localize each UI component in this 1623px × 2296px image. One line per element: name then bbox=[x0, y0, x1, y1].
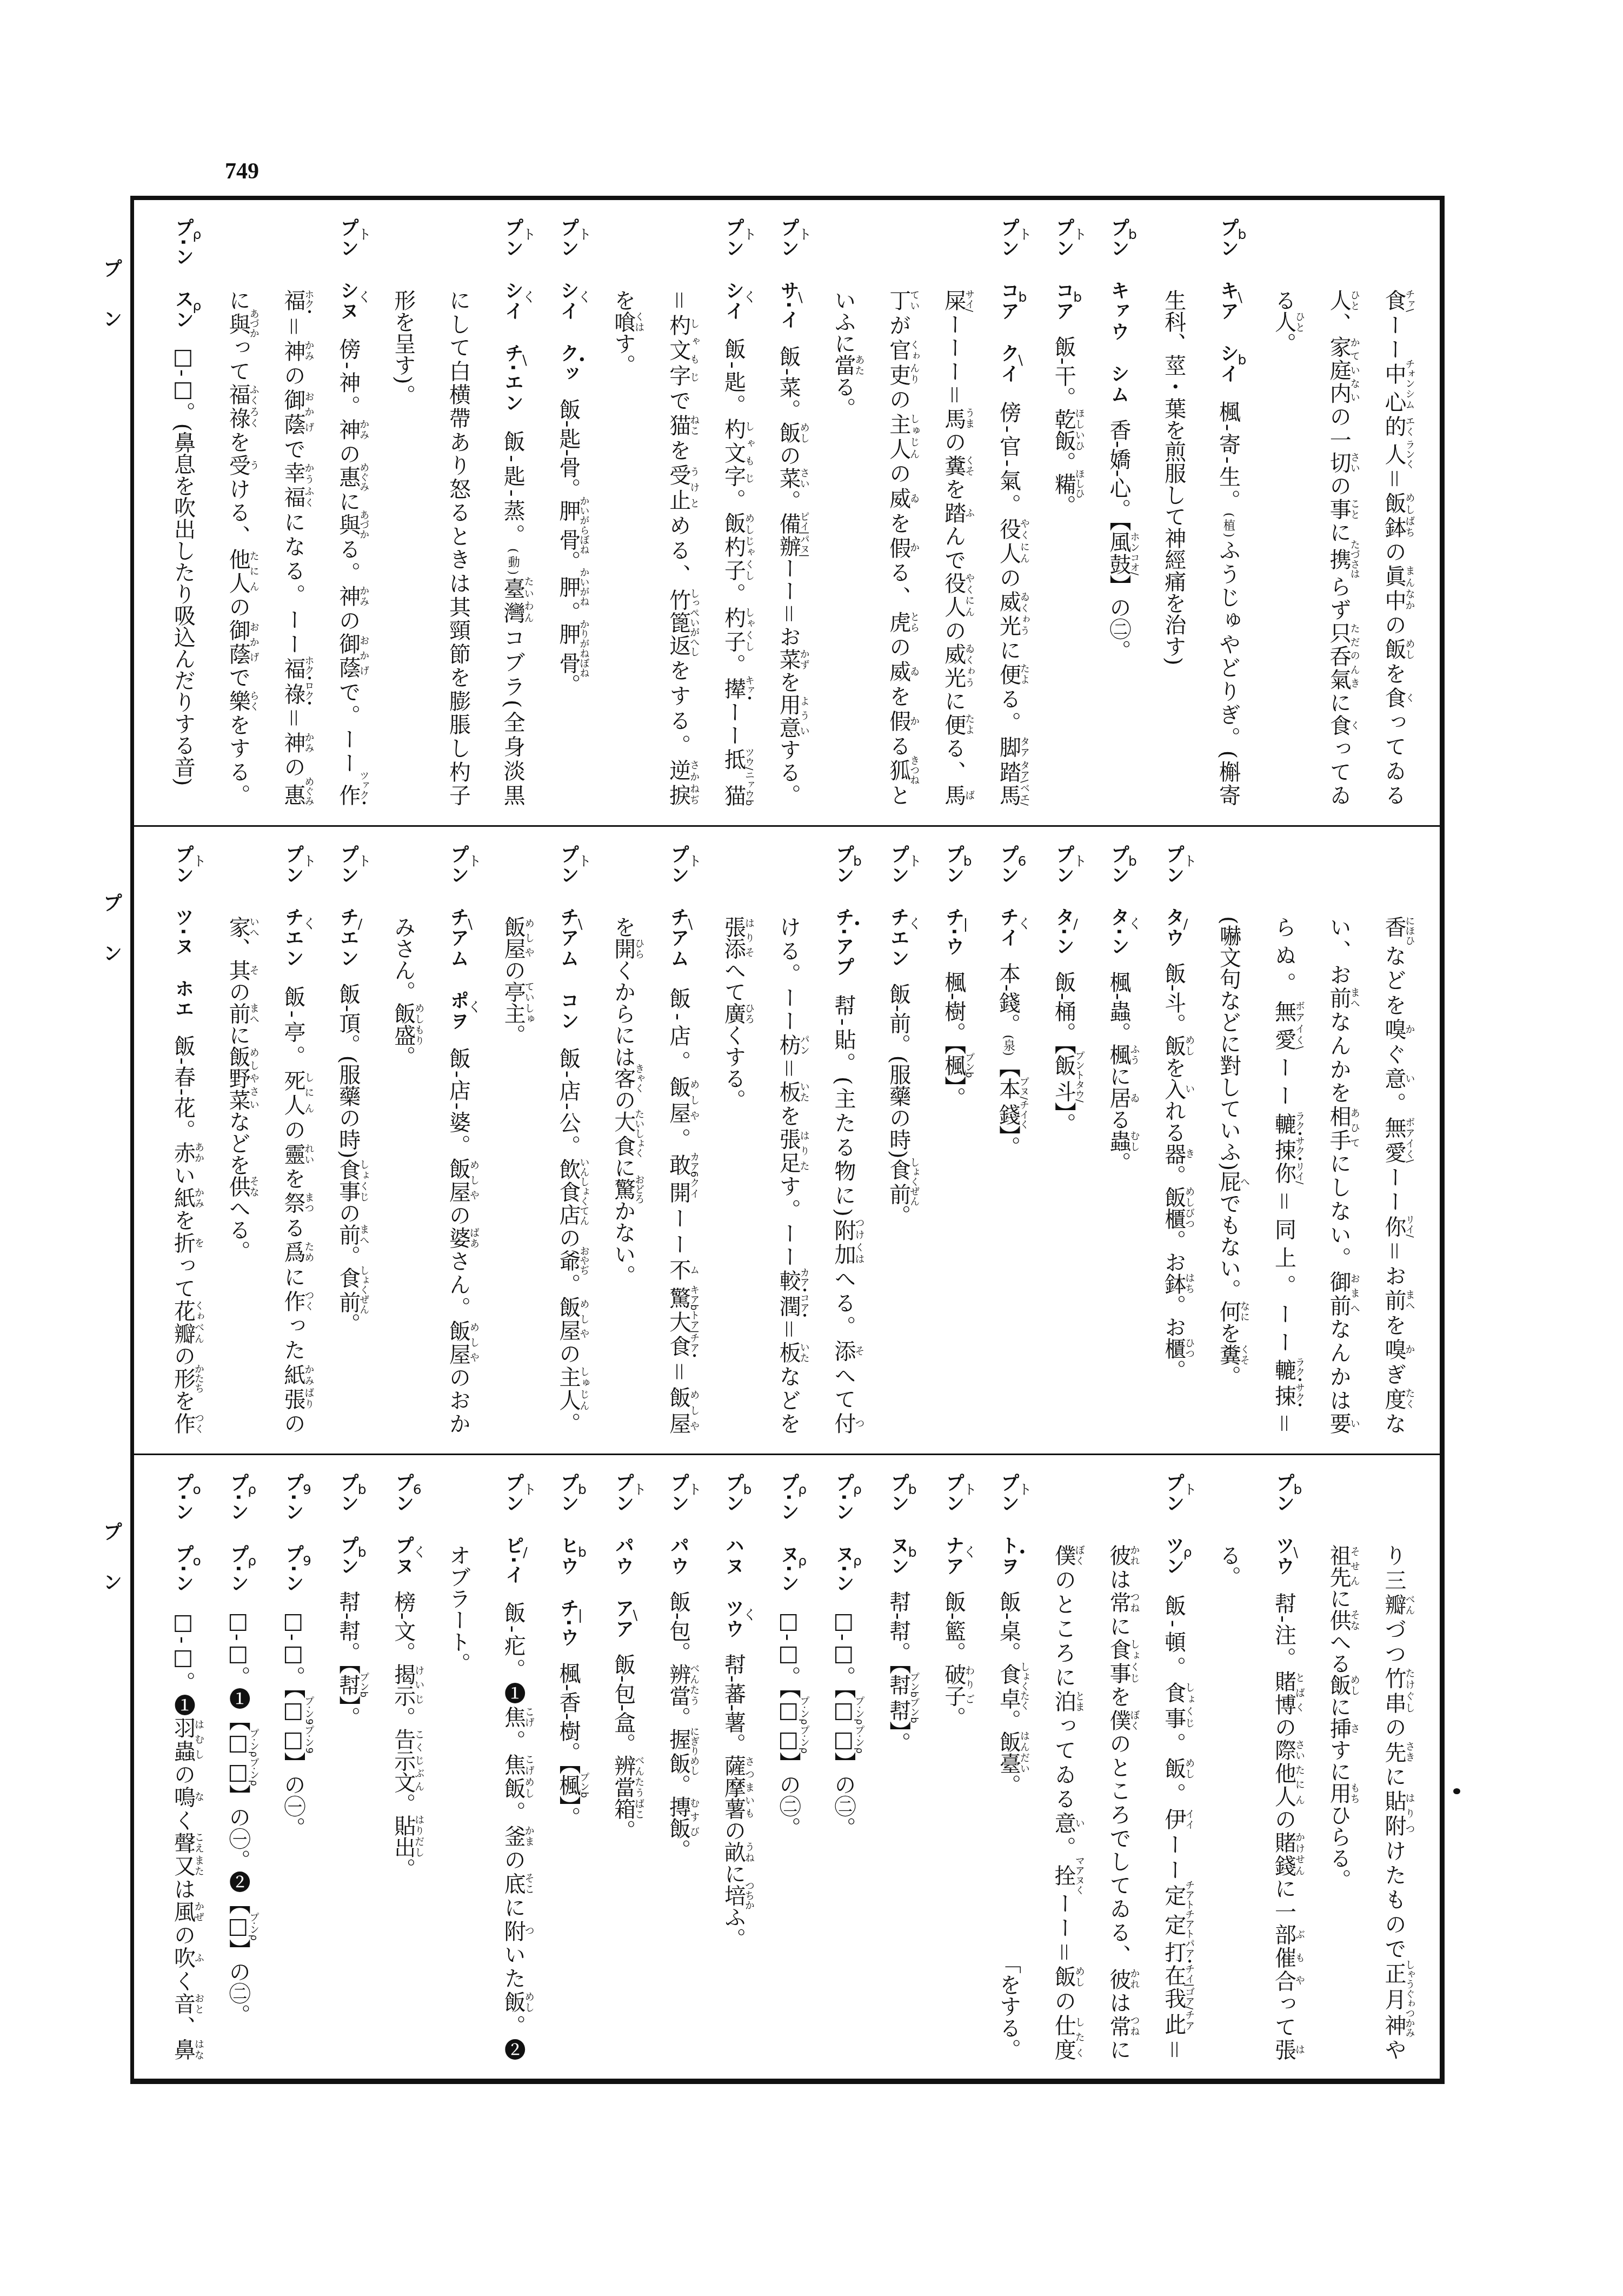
ruby-reading: ベエ/ bbox=[1019, 783, 1030, 806]
definition-text: 香-嬌-心。【風ホン鼓コオ/】の㊁。 bbox=[1106, 419, 1131, 661]
text-run: ーーー＝ bbox=[941, 311, 966, 408]
ruby-word: 破子わりご bbox=[941, 1663, 966, 1707]
definition-text: □-□。【□プ·ン9□プ·ン9】の㊀。 bbox=[281, 1609, 305, 1839]
ruby-base: 我 bbox=[1161, 1987, 1186, 2009]
text-run: (嚇文句などに對していふ) bbox=[1216, 916, 1241, 1171]
reading-kana: プン bbox=[337, 1473, 359, 1514]
text-run: を bbox=[611, 916, 636, 938]
ruby-reading: ニァウb bbox=[743, 771, 755, 806]
ruby-word: 張添はりそ bbox=[721, 916, 746, 959]
headword-reading: ツ·ヌ bbox=[173, 907, 192, 957]
text-run: 】の㊁。 bbox=[1106, 575, 1131, 661]
ruby-reading: ゐ bbox=[1129, 1087, 1140, 1109]
ruby-reading: か bbox=[1404, 1018, 1415, 1040]
ruby-base: 惠 bbox=[281, 777, 305, 806]
ruby-reading: めしや bbox=[688, 1076, 700, 1124]
ruby-word: 斗タウ/ bbox=[1051, 1080, 1076, 1102]
ruby-word: 楓ふう bbox=[1106, 1044, 1131, 1065]
reading-kana: サ·イ bbox=[777, 281, 799, 330]
text-run: 。 bbox=[391, 1046, 416, 1067]
text-run: □-□。❶【 bbox=[225, 1609, 250, 1731]
ruby-reading: しゃもじ bbox=[743, 418, 755, 487]
ruby-reading: ひつ bbox=[1183, 1338, 1195, 1359]
text-run: の bbox=[611, 1089, 636, 1111]
ruby-reading: けいじ bbox=[413, 1663, 424, 1707]
ruby-base: 板 bbox=[776, 1081, 801, 1105]
ruby-word: 喰くは bbox=[611, 311, 636, 333]
text-run: る。 bbox=[336, 535, 361, 585]
ruby-word: 大トア| bbox=[666, 1310, 691, 1333]
ruby-reading: き bbox=[1183, 1143, 1195, 1165]
text-run: をする。 bbox=[666, 656, 691, 759]
headword-reading: コアb bbox=[1054, 281, 1073, 322]
ruby-reading: まつ bbox=[303, 1192, 315, 1213]
headword-reading: プ·ン9 bbox=[283, 1544, 302, 1594]
tone-mark-icon: ρ bbox=[248, 1483, 256, 1496]
ruby-reading: い bbox=[1183, 1078, 1195, 1100]
text-run: の bbox=[445, 1204, 470, 1227]
ruby-base: 枋 bbox=[776, 1034, 801, 1058]
entry-line: プントチアム\コン飯-店-公。飲食店いんしょくてんの爺おやぢ。飯屋めしやの主人し… bbox=[540, 827, 595, 1454]
ruby-base: 大食 bbox=[611, 1110, 636, 1158]
headword-reading: プント bbox=[1164, 845, 1183, 886]
headword-reading: パウ bbox=[669, 1536, 688, 1577]
ruby-reading: ねこ bbox=[688, 414, 700, 436]
ruby-reading: めしびつ bbox=[1183, 1186, 1195, 1230]
text-run: 飯-菜。 bbox=[776, 344, 801, 422]
ruby-reading: あひて bbox=[1349, 1105, 1360, 1151]
ruby-base: 挿 bbox=[1326, 1717, 1351, 1739]
ruby-word: 飯鉢めしばち bbox=[1381, 492, 1406, 541]
ruby-reading: たく bbox=[1404, 1388, 1415, 1410]
reading-kana: ピ·イ bbox=[502, 1536, 524, 1585]
text-run: って bbox=[225, 335, 250, 384]
text-run: 。 bbox=[886, 1205, 911, 1226]
ruby-base: 風 bbox=[170, 1901, 195, 1924]
tone-mark-icon: ρ bbox=[798, 1554, 807, 1568]
continuation-line: 飯屋めしやの亭主ていしゅ。 bbox=[485, 827, 540, 1454]
ruby-word: 屎サイ/ bbox=[941, 289, 966, 311]
ruby-base: 作 bbox=[170, 1412, 195, 1434]
ruby-word: 楓プンb bbox=[941, 1054, 966, 1076]
ruby-word: 食く bbox=[1326, 714, 1351, 738]
definition-text: 祖先そせんに供そなへる飯めしに挿さすに用もちひらる。 bbox=[1326, 1544, 1351, 1890]
ruby-base: 彼 bbox=[1106, 1544, 1131, 1568]
ruby-base: 杓文字 bbox=[721, 418, 746, 489]
ruby-base: 底 bbox=[501, 1873, 526, 1896]
ruby-base: 瓣 bbox=[1381, 1594, 1406, 1618]
ruby-base: 神 bbox=[281, 340, 305, 364]
ruby-reading: い bbox=[1074, 1812, 1085, 1834]
ruby-reading: ラク• bbox=[1294, 1111, 1305, 1137]
ruby-base: 鉢 bbox=[1161, 1273, 1186, 1295]
text-run: を bbox=[1106, 1685, 1131, 1709]
text-run: 。 bbox=[501, 1801, 526, 1825]
ruby-word: 前まへ bbox=[1381, 1289, 1406, 1314]
margin-index-label: プン bbox=[101, 1522, 121, 1622]
ruby-base: 握飯 bbox=[666, 1727, 691, 1775]
text-run: 。 bbox=[666, 1774, 691, 1796]
ruby-reading: こえ bbox=[193, 1832, 204, 1854]
text-run: ＝ bbox=[281, 704, 305, 731]
ruby-reading: そな bbox=[248, 1176, 260, 1197]
ruby-word: 打パア• bbox=[1161, 1939, 1186, 1965]
definition-text: を喰くはす。 bbox=[611, 289, 636, 376]
definition-text: ＝杓文字しゃもじで猫ねこを受止うけとめる、竹篦返しっぺいがへしをする。逆捩さかね… bbox=[666, 289, 691, 806]
ruby-word: 居ゐ bbox=[1106, 1087, 1131, 1109]
ruby-word: 花瓣くゎべん bbox=[170, 1300, 195, 1345]
ruby-reading: やくにん bbox=[1019, 518, 1030, 564]
text-run: 。お bbox=[1161, 1230, 1186, 1273]
ruby-word: 薩摩薯さつまいも bbox=[721, 1755, 746, 1820]
headword-reading: ポヲく bbox=[448, 991, 467, 1032]
headword-reading: プント bbox=[503, 218, 522, 259]
ruby-reading: たにん bbox=[1294, 1762, 1305, 1807]
ruby-reading: はな bbox=[193, 2039, 204, 2060]
headword-reading: プンb bbox=[944, 845, 963, 886]
ruby-base: 食 bbox=[1381, 289, 1406, 312]
definition-text: 飯-包-盒。辨當箱べんたうばこ。 bbox=[611, 1654, 636, 1841]
headword-reading: パウ bbox=[614, 1536, 633, 1577]
tone-mark-icon: b bbox=[963, 854, 972, 868]
ruby-reading: また bbox=[193, 1855, 204, 1876]
ruby-reading: しょくじ bbox=[1129, 1638, 1140, 1684]
ruby-base: 捒 bbox=[1271, 1137, 1296, 1162]
ruby-word: 前まへ bbox=[336, 1224, 361, 1245]
ruby-word: 馬うま bbox=[941, 408, 966, 432]
ruby-reading: イイ bbox=[1183, 1808, 1195, 1830]
text-run: を bbox=[611, 289, 636, 311]
ruby-word: 御蔭おかげ bbox=[336, 633, 361, 680]
ruby-base: 打 bbox=[1161, 1939, 1186, 1965]
ruby-reading: う bbox=[248, 454, 260, 476]
ruby-word: 飯めし bbox=[501, 1991, 526, 2015]
ruby-word: □プ·ンρ bbox=[225, 1914, 250, 1939]
ruby-reading: ひら bbox=[633, 938, 644, 959]
reading-kana: プン bbox=[722, 218, 744, 259]
ruby-base: 無愛 bbox=[1381, 1117, 1406, 1166]
ruby-reading: くゎべん bbox=[193, 1300, 204, 1344]
text-run: 。 bbox=[611, 1820, 636, 1841]
ruby-word: 本プヌ/ bbox=[995, 1078, 1020, 1100]
text-run: をする。 bbox=[225, 713, 250, 806]
ruby-reading: エく bbox=[1404, 415, 1415, 437]
ruby-base: 附加 bbox=[831, 1217, 856, 1268]
tone-mark-icon: \ bbox=[688, 917, 693, 931]
ruby-word: 御蔭おかげ bbox=[225, 619, 250, 666]
reading-kana: チイ bbox=[997, 907, 1019, 948]
ruby-reading: とばく bbox=[1294, 1670, 1305, 1715]
text-run: 。 bbox=[1161, 1783, 1186, 1808]
ruby-word: 携たづさは bbox=[1326, 545, 1351, 574]
ruby-base: 便 bbox=[996, 663, 1021, 688]
ruby-word: 杓文字しゃもじ bbox=[666, 314, 691, 389]
ruby-reading: れい bbox=[303, 1143, 315, 1165]
reading-kana: シヌ bbox=[337, 281, 359, 322]
headword-reading: プンb bbox=[1109, 845, 1128, 886]
margin-dot-icon bbox=[1453, 1788, 1460, 1794]
ruby-base: 飯 bbox=[1051, 1966, 1076, 1990]
text-run: に bbox=[1326, 691, 1351, 714]
text-run: の bbox=[1051, 1990, 1076, 2014]
ruby-word: 無愛ボアイく\ bbox=[1381, 1117, 1406, 1166]
ruby-reading: かいがね bbox=[578, 567, 590, 606]
continuation-line: 食チァ\ーー中チォン心シム的エく人ランく＝飯鉢めしばちの眞中まんなかの飯めしを食… bbox=[1366, 201, 1421, 825]
continuation-line: いふに當あたる。 bbox=[815, 201, 870, 825]
reading-kana: プン bbox=[777, 218, 799, 259]
entry-line: プンbキァウシム香-嬌-心。【風ホン鼓コオ/】の㊁。 bbox=[1090, 201, 1146, 825]
ruby-reading: カア• bbox=[799, 1268, 810, 1293]
ruby-reading: もや bbox=[1294, 1947, 1305, 1992]
ruby-reading: タア\ bbox=[1019, 760, 1030, 783]
headword-reading: ヒウb bbox=[558, 1536, 577, 1577]
text-run: を bbox=[1381, 662, 1406, 687]
ruby-reading: ゐ bbox=[908, 660, 920, 682]
entry-line: プントパウ飯-包。辨當べんたう。握飯にぎりめし。摶飯むすび。 bbox=[650, 1456, 706, 2080]
ruby-reading: めぐみ bbox=[303, 777, 315, 806]
headword-reading: チエンく bbox=[889, 907, 908, 969]
ruby-word: 屁へ bbox=[1216, 1171, 1241, 1192]
ruby-word: 惠めぐみ bbox=[336, 466, 361, 488]
reading-kana: プン bbox=[557, 845, 579, 886]
reading-kana: プン bbox=[1108, 218, 1129, 259]
ruby-reading: つね bbox=[1129, 1591, 1140, 1613]
ruby-word: 受う bbox=[225, 454, 250, 478]
ruby-word: 亭主ていしゅ bbox=[501, 981, 526, 1024]
reading-kana: プン bbox=[337, 218, 359, 259]
ruby-word: 飯屋めしや bbox=[501, 916, 526, 959]
ruby-base: 菜 bbox=[776, 648, 801, 671]
ruby-word: □プ·ンρ bbox=[225, 1757, 250, 1784]
ruby-base: 眞中 bbox=[1381, 565, 1406, 614]
ruby-word: 胛骨かいがらぼね bbox=[556, 500, 581, 550]
entry-line: プントチエンく飯-前。(服藥の時)食前しょくぜん。 bbox=[870, 827, 926, 1454]
ruby-word: 畝うね bbox=[721, 1841, 746, 1863]
tone-mark-icon: | bbox=[963, 917, 968, 931]
text-run: ーー＝ bbox=[1051, 1890, 1076, 1966]
ruby-word: 飯杓子めしじゃくし bbox=[721, 512, 746, 583]
text-run: の bbox=[886, 388, 911, 413]
ruby-word: 威ゐ bbox=[886, 660, 911, 685]
ruby-base: 此 bbox=[1161, 2009, 1186, 2039]
ruby-base: 飯臺 bbox=[996, 1731, 1021, 1774]
ruby-word: 飯めし bbox=[1381, 638, 1406, 662]
ruby-base: 飯 bbox=[776, 422, 801, 444]
ruby-word: 常つね bbox=[1106, 1591, 1131, 1615]
ruby-base: 胛骨 bbox=[556, 619, 581, 678]
ruby-word: 便たよ bbox=[996, 663, 1021, 688]
headword-reading: プヌく bbox=[394, 1536, 413, 1577]
ruby-word: 飯めし bbox=[1161, 1035, 1186, 1057]
ruby-reading: そこ bbox=[523, 1873, 535, 1894]
tone-mark-icon: b bbox=[1073, 290, 1082, 304]
ruby-word: 踏タア\ bbox=[996, 760, 1021, 783]
text-run: にして白横帶あり怒るときは其頸節を膨脹し杓子 bbox=[445, 289, 470, 806]
ruby-base: 杓文字 bbox=[666, 314, 691, 389]
ruby-word: 幸福かうふく bbox=[281, 462, 305, 510]
continuation-line: い、お前まへなんかを相手あひてにしない。御前おまへなんかは要い bbox=[1311, 827, 1366, 1454]
ruby-base: 他人 bbox=[225, 548, 250, 595]
ruby-reading: ゐくゎう bbox=[1019, 590, 1030, 636]
reading-kana: プン bbox=[1273, 1473, 1294, 1514]
headword-reading: チ·エン\ bbox=[503, 343, 522, 414]
ruby-base: 驚 bbox=[666, 1285, 691, 1310]
tone-mark-icon: 9 bbox=[303, 1483, 311, 1496]
ruby-word: 幇プンb bbox=[886, 1697, 911, 1721]
tone-mark-icon: ト bbox=[1073, 854, 1087, 868]
ruby-base: 飯屋 bbox=[666, 1076, 691, 1128]
ruby-reading: はりつ bbox=[1404, 1790, 1415, 1836]
reading-kana: プ·ン bbox=[227, 1544, 249, 1594]
text-run: 飯-匙-骨。 bbox=[556, 399, 581, 500]
ruby-reading: ばあ bbox=[468, 1227, 480, 1249]
ruby-reading: おかげ bbox=[303, 389, 315, 435]
page-number: 749 bbox=[225, 160, 259, 183]
ruby-reading: ツァク• bbox=[358, 771, 369, 806]
ruby-reading: めしや bbox=[688, 1386, 700, 1434]
ruby-word: 飯屋めしや bbox=[556, 1296, 581, 1343]
ruby-word: 正月神しゃうぐゎつかみ bbox=[1381, 1962, 1406, 2036]
text-run: 。❷ bbox=[501, 2015, 526, 2060]
ruby-word: 胛骨かりがねぼね bbox=[556, 623, 581, 674]
ruby-base: 紙張 bbox=[281, 1364, 305, 1413]
ruby-word: 培つちか bbox=[721, 1884, 746, 1906]
ruby-word: 握飯にぎりめし bbox=[666, 1728, 691, 1774]
definition-text: 幇-幇。【幇プンb】。 bbox=[336, 1591, 361, 1728]
definition-text: □-□。【□プ·ンρ□プ·ンρ】の㊁。 bbox=[831, 1609, 856, 1839]
definition-text: 屎サイ/ーーー＝馬うまの糞くそを踏ふんで役人やくにんの威光ゐくゎうに便たよる、馬… bbox=[941, 289, 966, 806]
ruby-reading: く bbox=[1349, 714, 1360, 736]
ruby-reading: うね bbox=[743, 1841, 755, 1863]
ruby-word: 作つく bbox=[170, 1412, 195, 1434]
ruby-base: 際 bbox=[1271, 1739, 1296, 1762]
ruby-reading: かけせん bbox=[1294, 1832, 1305, 1876]
entry-line: プンbヒウbチ·ウ|楓-香-樹。【楓プンb】。 bbox=[540, 1456, 595, 2080]
reading-kana: プ·ン bbox=[172, 1473, 194, 1523]
tone-mark-icon: く bbox=[1017, 917, 1031, 931]
ruby-base: 糞 bbox=[941, 455, 966, 479]
ruby-word: 幇プンb bbox=[336, 1674, 361, 1696]
definition-text: を開ひらくからには客きゃくの大食たいしょくに驚おどろかない。 bbox=[611, 916, 636, 1286]
ruby-word: 僕ぼく bbox=[1106, 1709, 1131, 1733]
ruby-base: 飯屋 bbox=[445, 1158, 470, 1204]
text-run: 。 bbox=[666, 1707, 691, 1728]
reading-kana: プン bbox=[997, 218, 1019, 259]
headword-reading: プン6 bbox=[394, 1473, 413, 1514]
text-run: へる。 bbox=[831, 1268, 856, 1340]
tone-mark-icon: • bbox=[853, 917, 861, 931]
text-run: の bbox=[1271, 1808, 1296, 1832]
ruby-reading: プ·ンρ bbox=[248, 1729, 260, 1757]
ruby-base: 意 bbox=[1051, 1812, 1076, 1836]
entry-line: プンbタ·ンく楓-蟲。楓ふうに居ゐる蟲むし。 bbox=[1090, 827, 1146, 1454]
tone-mark-icon: ト bbox=[358, 854, 371, 868]
ruby-base: 張足 bbox=[776, 1128, 801, 1175]
text-run: 幇-幇。【 bbox=[336, 1591, 361, 1674]
definition-text: 飯-亭。死人しにんの靈れいを祭まつる爲ために作つくった紙張かみばりの bbox=[281, 983, 305, 1434]
reading-kana: チエン bbox=[337, 907, 359, 969]
definition-text: 飯-店-公。飲食店いんしょくてんの爺おやぢ。飯屋めしやの主人しゅじん。 bbox=[556, 1046, 581, 1434]
text-run: 飯-店-婆。 bbox=[445, 1046, 470, 1158]
ruby-reading: かず bbox=[799, 648, 810, 670]
ruby-reading: プンb bbox=[908, 1697, 920, 1723]
ruby-base: 糒 bbox=[1051, 469, 1076, 499]
ruby-reading: プンb bbox=[578, 1773, 590, 1798]
text-run: 】の㊁。 bbox=[776, 1751, 801, 1838]
ruby-reading: いへ bbox=[248, 916, 260, 938]
tone-mark-icon: ト bbox=[1018, 228, 1032, 241]
ruby-base: 你 bbox=[1271, 1162, 1296, 1184]
ruby-reading: はりだし bbox=[413, 1815, 424, 1858]
ruby-word: 猫ニァウb bbox=[721, 771, 746, 806]
ruby-word: 風ホン bbox=[1106, 531, 1131, 553]
entry-line: プントシイくクッ•飯-匙-骨。胛骨かいがらぼね。胛かいがね。胛骨かりがねぼね。 bbox=[540, 201, 595, 825]
reading-kana: シイ bbox=[557, 281, 579, 322]
reading-kana: タウ bbox=[1163, 907, 1185, 948]
reading-kana: ヌン bbox=[888, 1536, 909, 1577]
ruby-reading: めし bbox=[1183, 1757, 1195, 1779]
text-run: ＝同上。ーー bbox=[1271, 1184, 1296, 1359]
ruby-reading: プンb bbox=[963, 1052, 975, 1078]
ruby-base: 相手 bbox=[1326, 1105, 1351, 1152]
text-run: でもない。 bbox=[1216, 1192, 1241, 1300]
ruby-reading: おやぢ bbox=[578, 1246, 590, 1275]
ruby-reading: つく bbox=[193, 1412, 204, 1434]
ruby-word: 形かたち bbox=[170, 1368, 195, 1389]
definition-text: 飯-店-婆。飯屋めしやの婆ばあさん。飯屋めしやのおか bbox=[445, 1046, 470, 1434]
tone-mark-icon: b bbox=[743, 1483, 751, 1496]
headword-reading: キア\ bbox=[1219, 281, 1238, 322]
ruby-reading: たいしょく bbox=[633, 1110, 644, 1158]
ruby-word: 入い bbox=[1161, 1078, 1186, 1100]
ruby-word: 嗅か bbox=[1381, 1338, 1406, 1363]
headword-reading: チ·ウ| bbox=[944, 907, 963, 957]
headword-reading: プンb bbox=[558, 1473, 577, 1514]
ruby-word: □プ·ンρ bbox=[225, 1730, 250, 1757]
tone-mark-icon: ρ bbox=[192, 299, 201, 313]
text-run: 。 bbox=[501, 1024, 526, 1046]
ruby-base: □ bbox=[831, 1696, 856, 1725]
ruby-reading: めし bbox=[523, 1991, 535, 2013]
text-run: を bbox=[776, 671, 801, 694]
ruby-word: 樂らく bbox=[225, 690, 250, 714]
ruby-base: 威 bbox=[886, 487, 911, 512]
ruby-base: 居 bbox=[1106, 1087, 1131, 1109]
text-run: 飯-店。 bbox=[666, 983, 691, 1076]
ruby-word: 飯盛めしもり bbox=[391, 1003, 416, 1046]
reading-kana: プン bbox=[557, 218, 579, 259]
ruby-word: 食前しょくぜん bbox=[336, 1267, 361, 1313]
text-run: ーー bbox=[666, 1207, 691, 1259]
ruby-reading: ピイ| bbox=[799, 512, 810, 535]
ruby-reading: パヌ| bbox=[799, 535, 810, 558]
ruby-word: 仕度したく bbox=[1051, 2014, 1076, 2060]
ruby-word: 人ひと bbox=[1271, 311, 1296, 333]
ruby-word: 鼻はな bbox=[170, 2039, 195, 2060]
entry-line: プントタ·ン/飯-桶。【飯プント斗タウ/】。 bbox=[1035, 827, 1090, 1454]
ruby-word: 糞くそ bbox=[1216, 1344, 1241, 1365]
definition-text: 飯-春-花。赤あかい紙かみを折をって花瓣くゎべんの形かたちを作つく bbox=[170, 1034, 195, 1434]
ruby-reading: い bbox=[1349, 1412, 1360, 1434]
ruby-word: 丁てい bbox=[886, 289, 911, 314]
text-run: ーー bbox=[1381, 1166, 1406, 1216]
ruby-reading: べんたうばこ bbox=[633, 1755, 644, 1820]
tone-mark-icon: \ bbox=[468, 917, 472, 931]
ruby-reading: プ·ンρ bbox=[248, 1912, 260, 1941]
text-run: で bbox=[281, 437, 305, 462]
ruby-word: 便たよ bbox=[941, 714, 966, 738]
ruby-word: 焦飯こげめし bbox=[501, 1754, 526, 1801]
